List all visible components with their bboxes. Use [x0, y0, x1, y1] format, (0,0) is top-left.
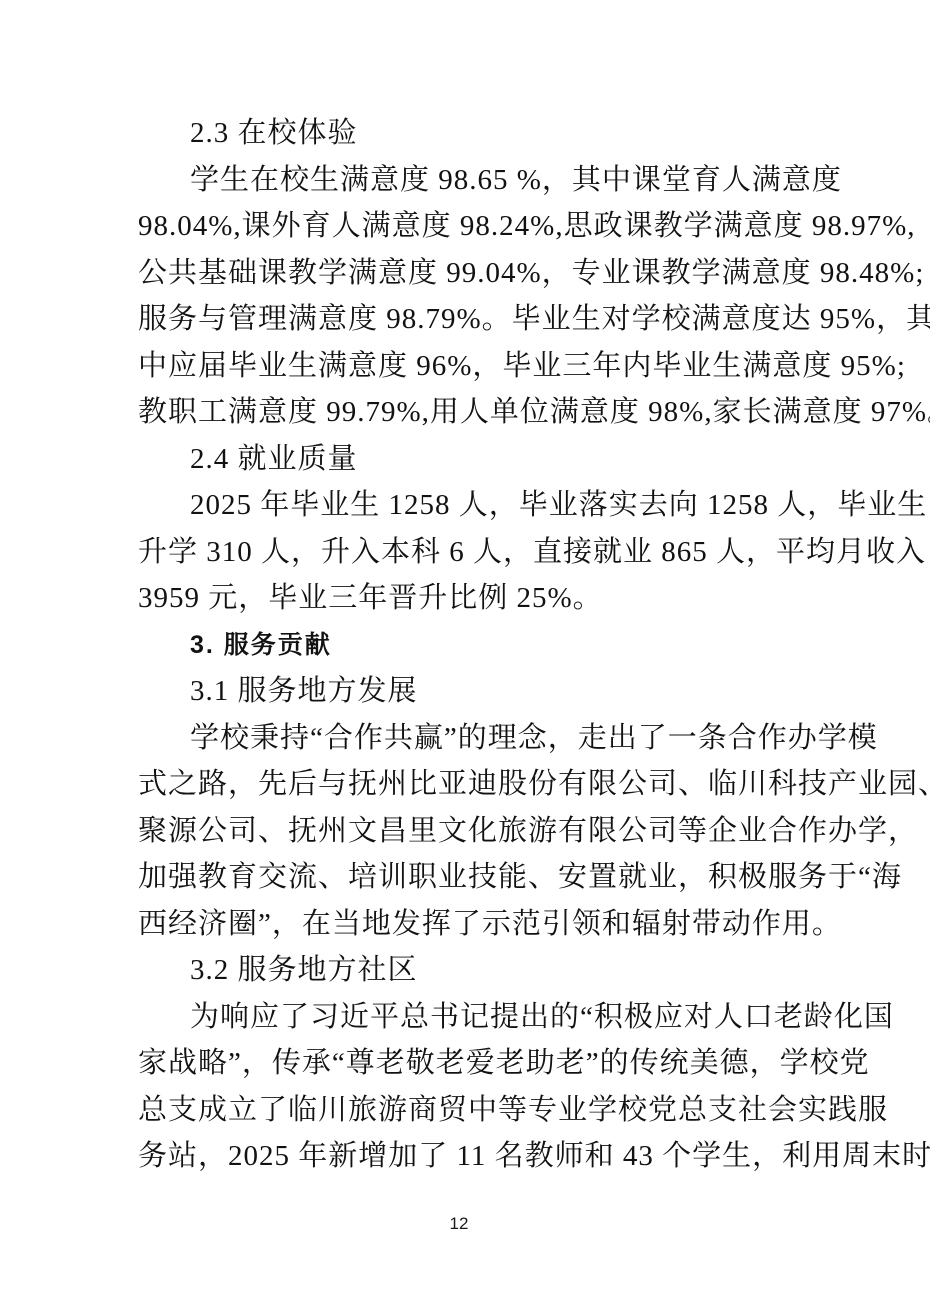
section-heading-3-2: 3.2 服务地方社区 — [138, 947, 798, 994]
paragraph-line: 式之路，先后与抚州比亚迪股份有限公司、临川科技产业园、 — [138, 761, 798, 808]
paragraph-line: 总支成立了临川旅游商贸中等专业学校党总支社会实践服 — [138, 1087, 798, 1134]
paragraph-line: 2025 年毕业生 1258 人，毕业落实去向 1258 人，毕业生 — [138, 482, 798, 529]
document-page: 2.3 在校体验 学生在校生满意度 98.65 %，其中课堂育人满意度 98.0… — [0, 0, 930, 1315]
paragraph-line: 中应届毕业生满意度 96%，毕业三年内毕业生满意度 95%; — [138, 343, 798, 390]
paragraph-line: 聚源公司、抚州文昌里文化旅游有限公司等企业合作办学， — [138, 808, 798, 855]
chapter-heading-3: 3. 服务贡献 — [138, 622, 798, 669]
paragraph-line: 3959 元，毕业三年晋升比例 25%。 — [138, 575, 798, 622]
paragraph-line: 教职工满意度 99.79%,用人单位满意度 98%,家长满意度 97%。 — [138, 389, 798, 436]
paragraph-line: 98.04%,课外育人满意度 98.24%,思政课教学满意度 98.97%, — [138, 203, 798, 250]
paragraph-line: 西经济圈”，在当地发挥了示范引领和辐射带动作用。 — [138, 901, 798, 948]
section-heading-2-4: 2.4 就业质量 — [138, 436, 798, 483]
paragraph-line: 务站，2025 年新增加了 11 名教师和 43 个学生，利用周末时 — [138, 1133, 798, 1180]
paragraph-line: 为响应了习近平总书记提出的“积极应对人口老龄化国 — [138, 994, 798, 1041]
paragraph-line: 家战略”，传承“尊老敬老爱老助老”的传统美德，学校党 — [138, 1040, 798, 1087]
paragraph-line: 升学 310 人，升入本科 6 人，直接就业 865 人，平均月收入 — [138, 529, 798, 576]
section-heading-2-3: 2.3 在校体验 — [138, 110, 798, 157]
document-text-block: 2.3 在校体验 学生在校生满意度 98.65 %，其中课堂育人满意度 98.0… — [138, 110, 798, 1180]
paragraph-line: 加强教育交流、培训职业技能、安置就业，积极服务于“海 — [138, 854, 798, 901]
paragraph-line: 公共基础课教学满意度 99.04%，专业课教学满意度 98.48%; — [138, 250, 798, 297]
section-heading-3-1: 3.1 服务地方发展 — [138, 668, 798, 715]
paragraph-line: 学生在校生满意度 98.65 %，其中课堂育人满意度 — [138, 157, 798, 204]
paragraph-line: 学校秉持“合作共赢”的理念，走出了一条合作办学模 — [138, 715, 798, 762]
paragraph-line: 服务与管理满意度 98.79%。毕业生对学校满意度达 95%，其 — [138, 296, 798, 343]
page-number: 12 — [0, 1214, 918, 1234]
